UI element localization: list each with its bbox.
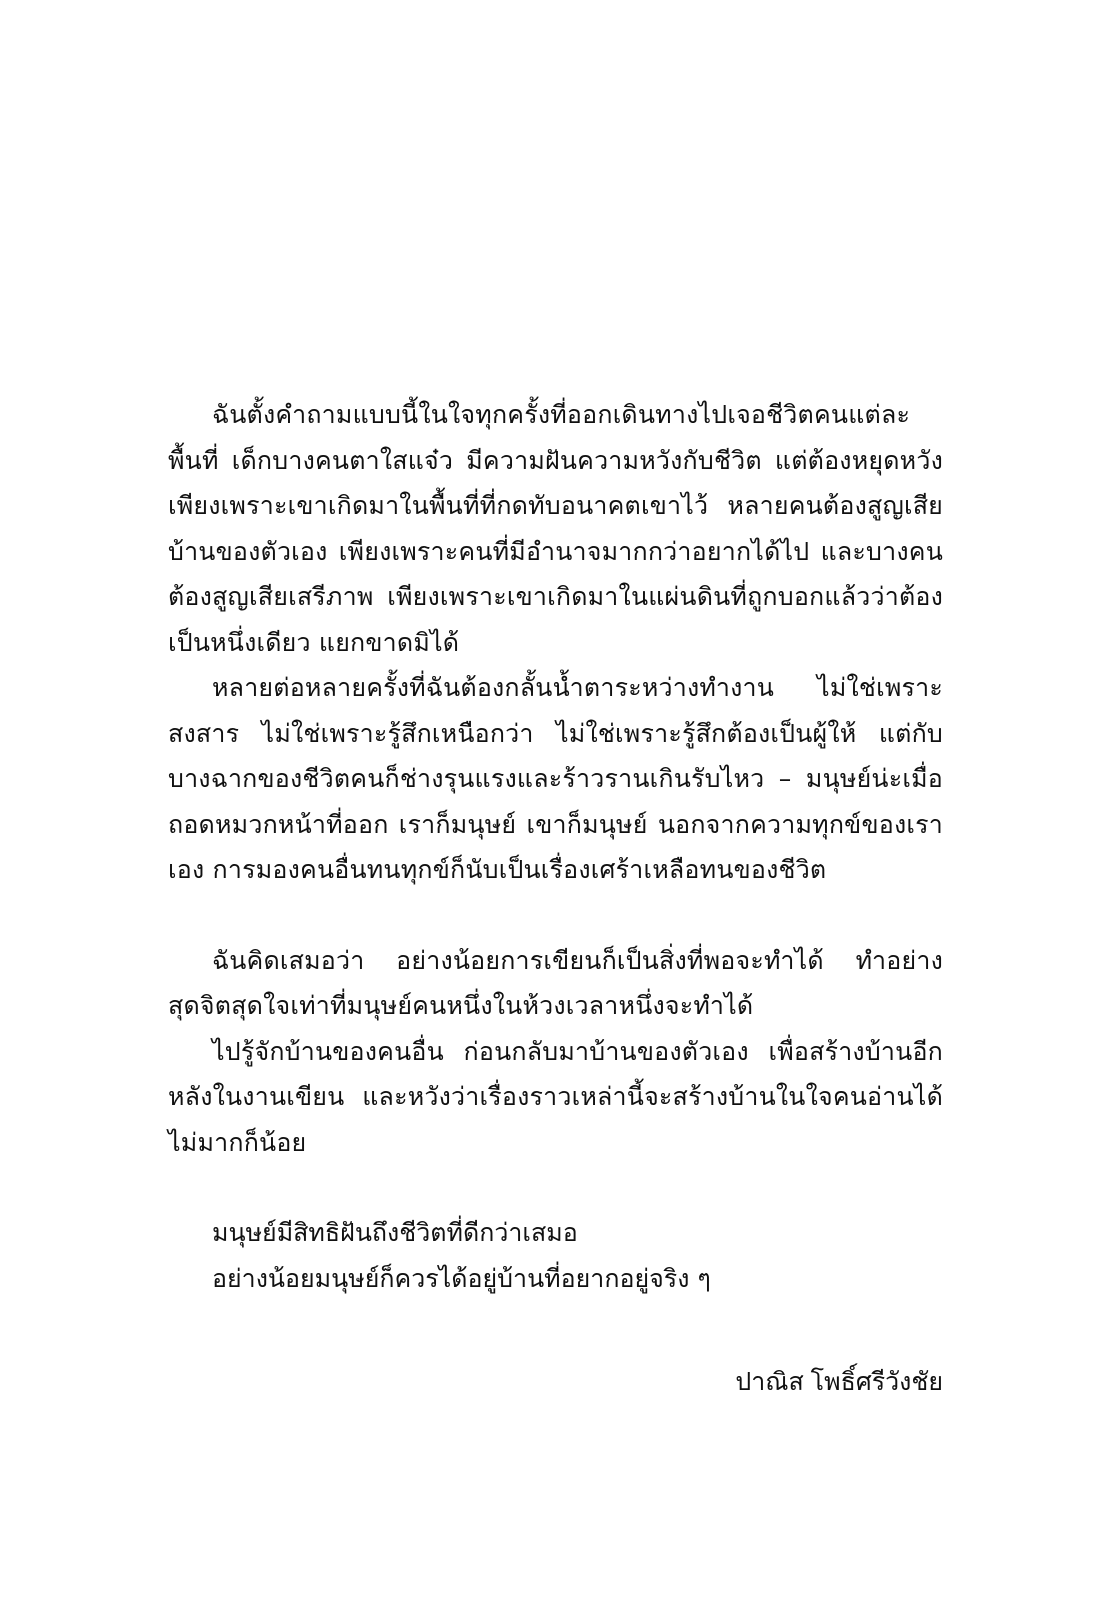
document-body: ฉันตั้งคำถามแบบนี้ในใจทุกครั้งที่ออกเดิน… bbox=[168, 392, 943, 1301]
paragraph-2: หลายต่อหลายครั้งที่ฉันต้องกลั้นน้ำตาระหว… bbox=[168, 665, 943, 893]
author-signature: ปาณิส โพธิ์ศรีวังชัย bbox=[735, 1362, 943, 1402]
paragraph-1: ฉันตั้งคำถามแบบนี้ในใจทุกครั้งที่ออกเดิน… bbox=[168, 392, 943, 665]
paragraph-4: ไปรู้จักบ้านของคนอื่น ก่อนกลับมาบ้านของต… bbox=[168, 1029, 943, 1166]
closing-line-1: มนุษย์มีสิทธิฝันถึงชีวิตที่ดีกว่าเสมอ bbox=[168, 1210, 943, 1256]
paragraph-3: ฉันคิดเสมอว่า อย่างน้อยการเขียนก็เป็นสิ่… bbox=[168, 938, 943, 1029]
paragraph-spacer bbox=[168, 893, 943, 938]
paragraph-spacer bbox=[168, 1165, 943, 1210]
closing-line-2: อย่างน้อยมนุษย์ก็ควรได้อยู่บ้านที่อยากอย… bbox=[168, 1256, 943, 1302]
